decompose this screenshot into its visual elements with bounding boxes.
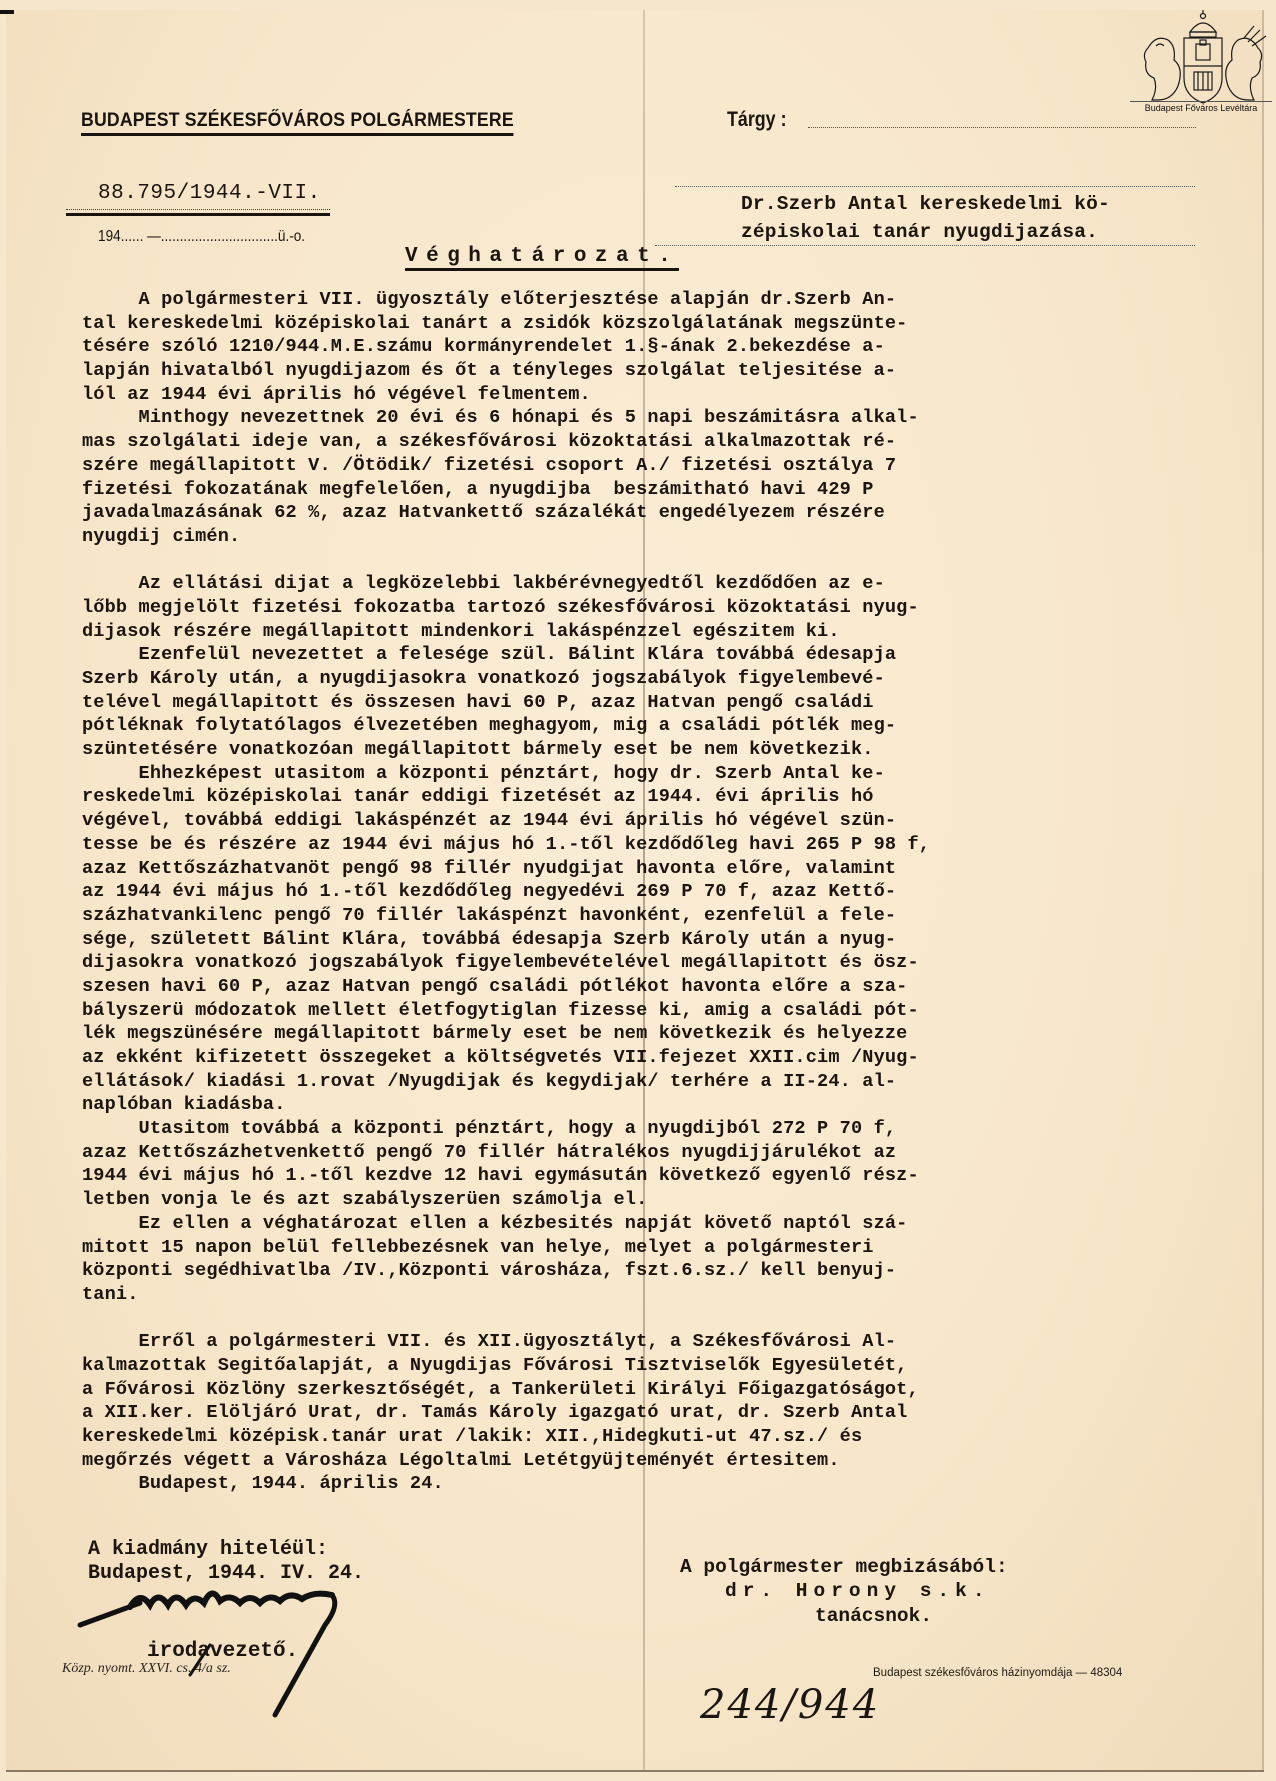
body-line: naplóban kiadásba. (82, 1093, 1232, 1117)
signer-title: tanácsnok. (815, 1605, 932, 1627)
body-line: szüntetésére vonatkozóan megállapitott b… (82, 738, 1232, 762)
body-line: A polgármesteri VII. ügyosztály előterje… (82, 288, 1232, 312)
body-line: mas szolgálati ideje van, a székesfőváro… (82, 430, 1232, 454)
body-line: szére megállapitott V. /Ötödik/ fizetési… (82, 454, 1232, 478)
body-line: az 1944 évi május hó 1.-től kezdődőleg n… (82, 880, 1232, 904)
handwritten-filing-number: 244/944 (700, 1682, 880, 1728)
year-form-line: 194...... —.............................… (98, 228, 305, 246)
office-head-title: irodavezető. (147, 1640, 298, 1663)
scan-edge-mark (0, 10, 14, 14)
body-line: lőbb megjelölt fizetési fokozatba tartoz… (82, 596, 1232, 620)
body-line: javadalmazásának 62 %, azaz Hatvankettő … (82, 501, 1232, 525)
body-line: a Fővárosi Közlöny szerkesztőségét, a Ta… (82, 1378, 1232, 1402)
body-line (82, 549, 1232, 573)
body-line: dijasok részére megállapitott mindenkori… (82, 620, 1232, 644)
body-line: tal kereskedelmi középiskolai tanárt a z… (82, 312, 1232, 336)
body-line: ellátások/ kiadási 1.rovat /Nyugdijak és… (82, 1070, 1232, 1094)
issuer-letterhead: BUDAPEST SZÉKESFŐVÁROS POLGÁRMESTERE (81, 110, 514, 136)
body-line: Erről a polgármesteri VII. és XII.ügyosz… (82, 1330, 1232, 1354)
document-title: Véghatározat. (405, 245, 679, 271)
body-line: sége, született Bálint Klára, továbbá éd… (82, 928, 1232, 952)
body-line: dijasokra vonatkozó jogszabályok figyele… (82, 951, 1232, 975)
body-line: tésére szóló 1210/944.M.E.számu kormányr… (82, 335, 1232, 359)
body-line: tesse be és részére az 1944 évi május hó… (82, 833, 1232, 857)
body-line: az ekként kifizetett összegeket a költsé… (82, 1046, 1232, 1070)
body-line: Ez ellen a véghatározat ellen a kézbesit… (82, 1212, 1232, 1236)
body-line: azaz Kettőszázhatvanöt pengő 98 fillér n… (82, 857, 1232, 881)
body-line: azaz Kettőszázhetvenkettő pengő 70 fillé… (82, 1141, 1232, 1165)
mayor-authority-line: A polgármester megbizásából: (680, 1556, 1008, 1578)
body-line: lék megszünésére megállapitott bármely e… (82, 1022, 1232, 1046)
paper-edge (1262, 10, 1264, 1770)
body-line: pótléknak folytatólagos élvezetében megh… (82, 714, 1232, 738)
body-line: kereskedelmi középisk.tanár urat /lakik:… (82, 1425, 1232, 1449)
body-line: tani. (82, 1283, 1232, 1307)
body-line: Az ellátási dijat a legközelebbi lakbéré… (82, 572, 1232, 596)
certification-label: A kiadmány hiteléül: (88, 1538, 328, 1561)
body-line: százhatvankilenc pengő 70 fillér lakáspé… (82, 904, 1232, 928)
body-line: mitott 15 napon belül fellebbezésnek van… (82, 1236, 1232, 1260)
reference-number: 88.795/1944.-VII. (98, 182, 321, 205)
body-line (82, 1307, 1232, 1331)
subject-dotted-line (808, 127, 1196, 128)
body-line: Ehhezképest utasitom a központi pénztárt… (82, 762, 1232, 786)
body-line: a XII.ker. Elöljáró Urat, dr. Tamás Káro… (82, 1401, 1232, 1425)
body-line: letben vonja le és azt szabályszerüen sz… (82, 1188, 1232, 1212)
body-line: Szerb Károly után, a nyugdijasokra vonat… (82, 667, 1232, 691)
subject-label: Tárgy : (727, 108, 787, 132)
subject-line: Dr.Szerb Antal kereskedelmi kö- (741, 190, 1221, 218)
body-line: Minthogy nevezettnek 20 évi és 6 hónapi … (82, 406, 1232, 430)
body-line: lapján hivatalból nyugdijazom és őt a té… (82, 359, 1232, 383)
reference-underline (66, 213, 330, 216)
body-line: Ezenfelül nevezettet a felesége szül. Bá… (82, 643, 1232, 667)
body-line: 1944 évi május hó 1.-től kezdve 12 havi … (82, 1164, 1232, 1188)
body-line: Budapest, 1944. április 24. (82, 1472, 1232, 1496)
body-line: lól az 1944 évi április hó végével felme… (82, 383, 1232, 407)
signer-name: dr. Horony s.k. (725, 1580, 991, 1602)
body-line: telével megállapitott és összesen havi 6… (82, 691, 1232, 715)
form-print-code: Közp. nyomt. XXVI. cs. 4/a sz. (62, 1661, 231, 1677)
subject-text: Dr.Szerb Antal kereskedelmi kö- zépiskol… (741, 190, 1221, 246)
printer-imprint: Budapest székesfőváros házinyomdája — 48… (873, 1667, 1122, 1679)
body-line: szesen havi 60 P, azaz Hatvan pengő csal… (82, 975, 1232, 999)
body-line: fizetési fokozatának megfelelően, a nyug… (82, 478, 1232, 502)
reference-dotted-line (66, 209, 330, 210)
body-line: bályszerü módozatok mellett életfogytigl… (82, 999, 1232, 1023)
body-line: végével, továbbá eddigi lakáspénzét az 1… (82, 809, 1232, 833)
subject-dotted-line (655, 245, 1195, 246)
decision-body: A polgármesteri VII. ügyosztály előterje… (82, 288, 1232, 1496)
subject-dotted-line (675, 186, 1195, 187)
certification-date: Budapest, 1944. IV. 24. (88, 1562, 364, 1585)
archive-seal-caption: Budapest Főváros Levéltára (1130, 101, 1272, 113)
body-line: nyugdij cimén. (82, 525, 1232, 549)
subject-line: zépiskolai tanár nyugdijazása. (741, 218, 1221, 246)
body-line: reskedelmi középiskolai tanár eddigi fiz… (82, 785, 1232, 809)
body-line: központi segédhivatlba /IV.,Központi vár… (82, 1259, 1232, 1283)
body-line: Utasitom továbbá a központi pénztárt, ho… (82, 1117, 1232, 1141)
body-line: megőrzés végett a Városháza Légoltalmi L… (82, 1449, 1232, 1473)
body-line: kalmazottak Segitőalapját, a Nyugdijas F… (82, 1354, 1232, 1378)
